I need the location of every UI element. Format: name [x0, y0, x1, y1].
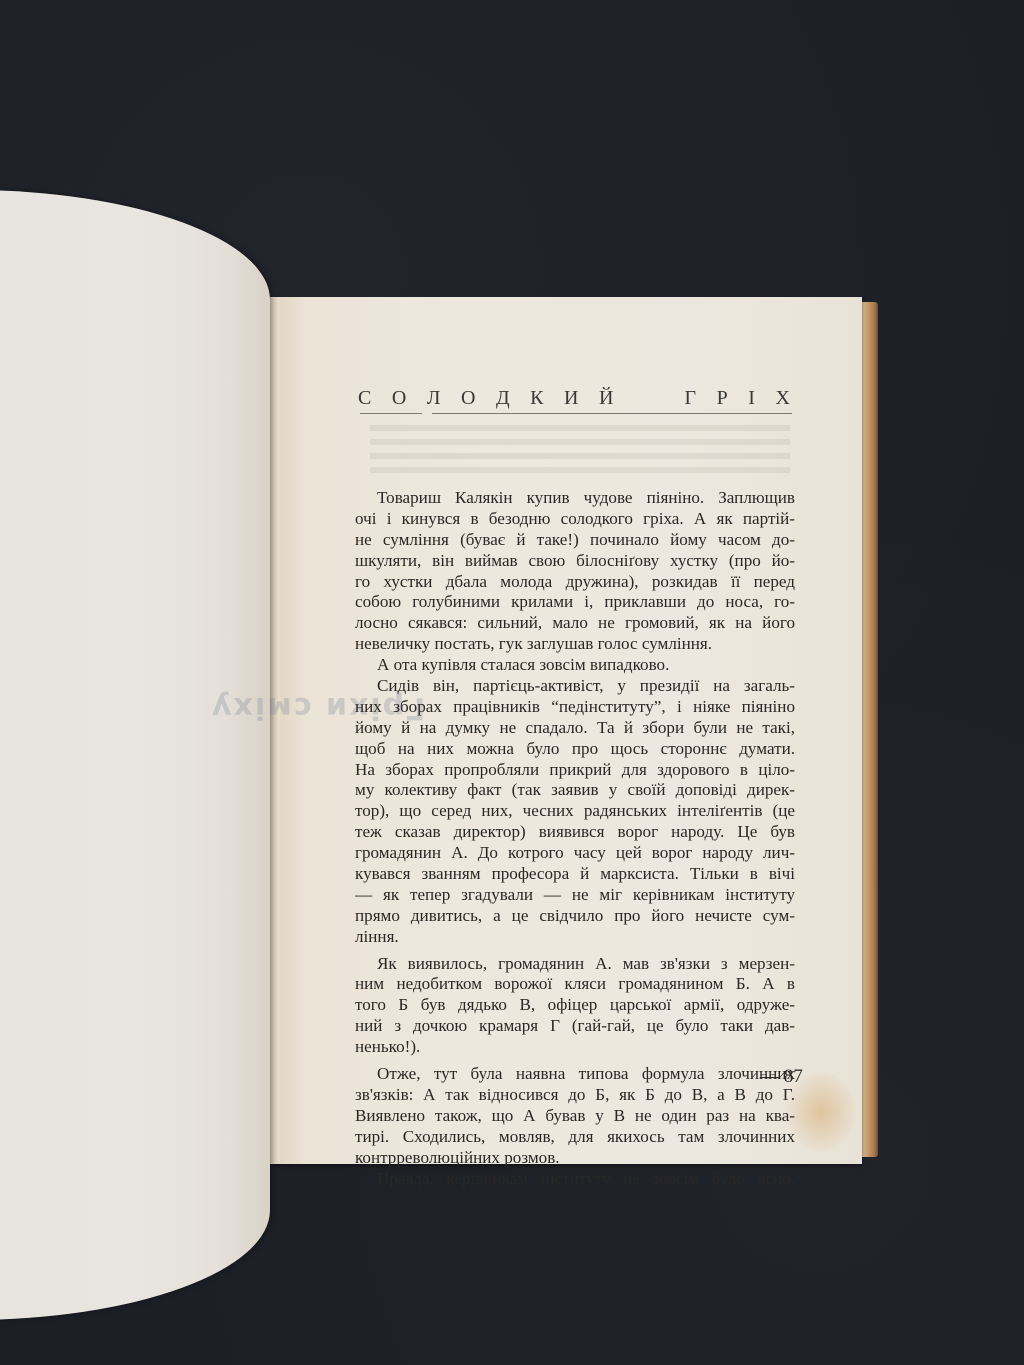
running-head-letter: І — [748, 387, 755, 410]
text-line: А ота купівля сталася зовсім випадково. — [355, 655, 795, 676]
text-line: очі і кинувся в безодню солодкого гріха.… — [355, 509, 795, 530]
text-line: Виявлено також, що А бував у В не один р… — [355, 1106, 795, 1127]
left-page — [0, 190, 270, 1320]
running-head-letter: К — [530, 387, 543, 410]
body-text: Товариш Калякін купив чудове піяніно. За… — [355, 488, 795, 1189]
text-line: ний з дочкою крамаря Г (гай-гай, це було… — [355, 1016, 795, 1037]
header-rule — [628, 413, 792, 414]
text-line: лосно сякався: сильний, мало не громовий… — [355, 613, 795, 634]
text-line: ління. — [355, 927, 795, 948]
text-line: зв'язків: А так відносився до Б, як Б до… — [355, 1085, 795, 1106]
running-head-letter: О — [461, 387, 475, 410]
text-line: тирі. Сходились, мовляв, для якихось там… — [355, 1127, 795, 1148]
page-number: — 87 — [760, 1066, 803, 1088]
text-line: го хустки дбала молода дружина), розкида… — [355, 572, 795, 593]
text-line: кувався званням професора й марксиста. Т… — [355, 864, 795, 885]
text-line: Правда, керівникам інституту не зовсім б… — [355, 1169, 795, 1190]
reverse-side-bleed-through — [370, 425, 790, 481]
text-line: невеличку постать, гук заглушав голос су… — [355, 634, 795, 655]
text-line: тор), що серед них, чесних радянських ін… — [355, 801, 795, 822]
text-line: ним недобитком ворожої кляси громадянино… — [355, 974, 795, 995]
text-line: Сидів він, партієць-активіст, у президії… — [355, 676, 795, 697]
text-line: не сумління (буває й таке!) починало йом… — [355, 530, 795, 551]
running-head-letter: Р — [717, 387, 728, 410]
running-head-letter: Г — [685, 387, 697, 410]
running-head-space — [634, 387, 664, 410]
text-line: На зборах пропробляли прикрий для здоров… — [355, 760, 795, 781]
text-line: теж сказав директор) виявився ворог наро… — [355, 822, 795, 843]
text-line: щоб на них можна було про щось стороннє … — [355, 739, 795, 760]
text-line: прямо дивитись, а це свідчило про його н… — [355, 906, 795, 927]
text-line: Як виявилось, громадянин А. мав зв'язки … — [355, 954, 795, 975]
text-line: Товариш Калякін купив чудове піяніно. За… — [355, 488, 795, 509]
text-line: му колективу факт (так заявив у своїй до… — [355, 780, 795, 801]
text-line: того Б був дядько В, офіцер царської арм… — [355, 995, 795, 1016]
text-line: шкуляти, він виймав свою білосніґову хус… — [355, 551, 795, 572]
running-head: С О Л О Д К И Й Г Р І Х — [358, 387, 790, 410]
running-head-letter: О — [392, 387, 406, 410]
text-line: них зборах працівників “педінституту”, і… — [355, 697, 795, 718]
running-head-letter: Й — [599, 387, 613, 410]
running-head-letter: С — [358, 387, 371, 410]
text-line: Отже, тут була наявна типова формула зло… — [355, 1064, 795, 1085]
header-rule — [360, 413, 422, 414]
text-line: громадянин А. До котрого часу цей ворог … — [355, 843, 795, 864]
text-line: йому й на думку не спадало. Та й збори б… — [355, 718, 795, 739]
text-line: — як тепер згадували — не міг керівникам… — [355, 885, 795, 906]
running-head-letter: Л — [427, 387, 441, 410]
running-head-letter: И — [564, 387, 578, 410]
book-page-edges — [860, 302, 878, 1157]
running-head-letter: Д — [496, 387, 510, 410]
running-head-letter: Х — [775, 387, 789, 410]
text-line: ненько!). — [355, 1037, 795, 1058]
text-line: собою голубиними крилами і, приклавши до… — [355, 592, 795, 613]
text-line: контрреволюційних розмов. — [355, 1148, 795, 1169]
